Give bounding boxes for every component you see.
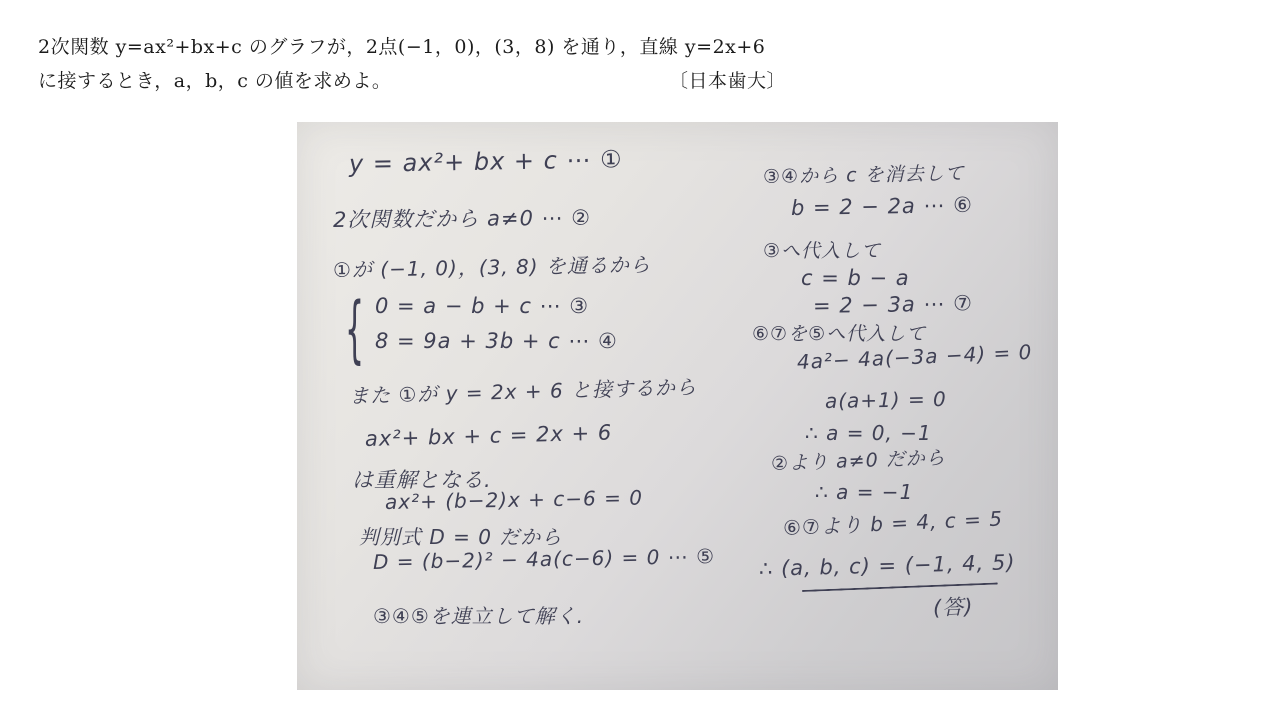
handwriting-line: ①が (−1, 0)，(3, 8) を通るから	[333, 248, 651, 283]
handwriting-line: y = ax²+ bx + c ⋯ ①	[349, 145, 623, 178]
handwriting-answer-mark: (答)	[932, 591, 973, 622]
handwriting-answer-line: ∴ (a, b, c) = (−1, 4, 5)	[759, 550, 1016, 581]
handwriting-line: ③へ代入して	[763, 236, 881, 263]
handwriting-line: b = 2 − 2a ⋯ ⑥	[791, 193, 973, 220]
handwriting-line: ⑥⑦より b = 4, c = 5	[782, 502, 1003, 541]
handwriting-line: ax²+ bx + c = 2x + 6	[365, 421, 613, 451]
handwriting-line: ax²+ (b−2)x + c−6 = 0	[385, 485, 643, 513]
handwriting-line: ⑥⑦を⑤へ代入して	[752, 319, 926, 346]
handwriting-line: ③④から c を消去して	[763, 158, 965, 189]
handwriting-line: c = b − a	[801, 266, 910, 290]
problem-statement: 2次関数 y=ax²+bx+c のグラフが，2点(−1，0)，(3，8) を通り…	[38, 30, 786, 98]
handwriting-line: = 2 − 3a ⋯ ⑦	[813, 291, 973, 318]
handwriting-line: D = (b−2)² − 4a(c−6) = 0 ⋯ ⑤	[373, 544, 715, 574]
handwriting-line: a(a+1) = 0	[825, 387, 947, 413]
solution-photo: y = ax²+ bx + c ⋯ ① 2次関数だから a≠0 ⋯ ② ①が (…	[297, 122, 1058, 690]
handwriting-line: ③④⑤を連立して解く.	[373, 600, 584, 629]
handwriting-line: また ①が y = 2x + 6 と接するから	[349, 371, 698, 409]
handwriting-line: ②より a≠0 だから	[771, 443, 947, 476]
problem-source: 〔日本歯大〕	[669, 64, 786, 98]
handwriting-line: ∴ a = −1	[815, 480, 913, 504]
problem-line-1: 2次関数 y=ax²+bx+c のグラフが，2点(−1，0)，(3，8) を通り…	[38, 30, 786, 64]
handwriting-line: 8 = 9a + 3b + c ⋯ ④	[375, 329, 618, 353]
handwriting-line: 2次関数だから a≠0 ⋯ ②	[333, 202, 591, 234]
system-brace: {	[345, 288, 364, 374]
handwriting-line: 判別式 D = 0 だから	[359, 521, 562, 550]
problem-line-2: に接するとき，a，b，c の値を求めよ。	[38, 64, 391, 98]
handwriting-line: ∴ a = 0, −1	[805, 421, 932, 445]
handwriting-line: 0 = a − b + c ⋯ ③	[375, 294, 589, 318]
